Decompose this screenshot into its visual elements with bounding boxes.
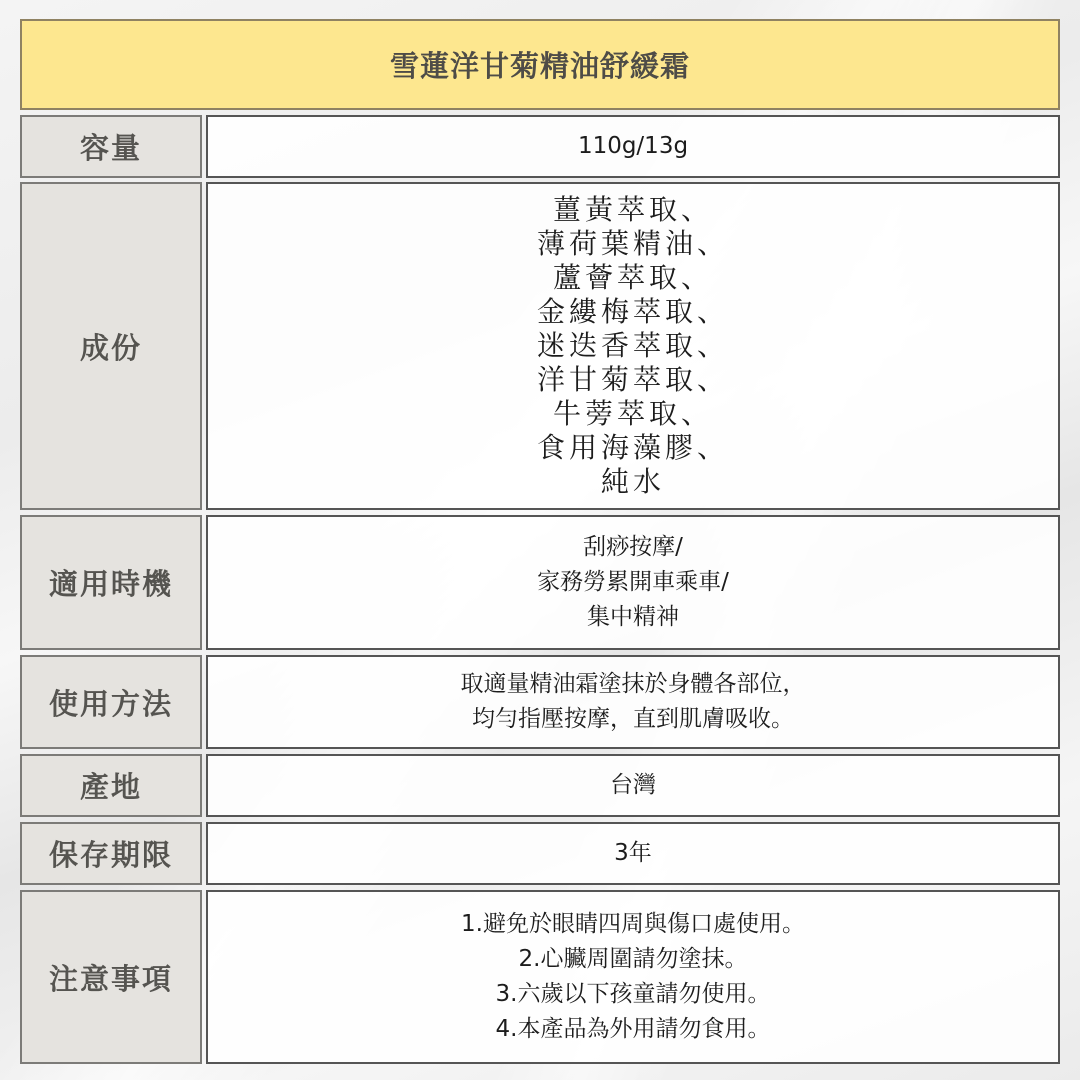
label-text: 使用方法: [49, 682, 173, 723]
precaution-item: 1.避免於眼睛四周與傷口處使用。: [461, 907, 805, 942]
value-line: 刮痧按摩/: [583, 530, 683, 565]
product-title: 雪蓮洋甘菊精油舒緩霜: [390, 44, 690, 85]
ingredient-item: 牛蒡萃取、: [553, 397, 713, 431]
value-usage-method: 取適量精油霜塗抹於身體各部位， 均勻指壓按摩，直到肌膚吸收。: [206, 655, 1060, 749]
label-usage-method: 使用方法: [20, 655, 202, 749]
value-line: 集中精神: [587, 600, 679, 635]
label-text: 適用時機: [49, 562, 173, 603]
ingredient-item: 金縷梅萃取、: [537, 295, 729, 329]
label-capacity: 容量: [20, 115, 202, 178]
label-shelf-life: 保存期限: [20, 822, 202, 885]
label-text: 產地: [80, 765, 142, 806]
ingredient-item: 薑黃萃取、: [553, 193, 713, 227]
value-line: 110g/13g: [578, 129, 688, 164]
value-line: 均勻指壓按摩，直到肌膚吸收。: [472, 702, 794, 737]
label-text: 注意事項: [49, 957, 173, 998]
ingredient-item: 蘆薈萃取、: [553, 261, 713, 295]
value-line: 台灣: [610, 768, 656, 803]
value-origin: 台灣: [206, 754, 1060, 817]
label-ingredients: 成份: [20, 182, 202, 510]
ingredient-item: 純水: [601, 465, 665, 499]
ingredient-item: 食用海藻膠、: [537, 431, 729, 465]
value-shelf-life: 3年: [206, 822, 1060, 885]
ingredient-item: 迷迭香萃取、: [537, 329, 729, 363]
precaution-item: 4.本產品為外用請勿食用。: [496, 1012, 771, 1047]
label-text: 保存期限: [49, 833, 173, 874]
label-origin: 產地: [20, 754, 202, 817]
label-usage-timing: 適用時機: [20, 515, 202, 650]
label-text: 成份: [80, 326, 142, 367]
value-usage-timing: 刮痧按摩/ 家務勞累開車乘車/ 集中精神: [206, 515, 1060, 650]
value-capacity: 110g/13g: [206, 115, 1060, 178]
label-text: 容量: [80, 126, 142, 167]
ingredient-item: 薄荷葉精油、: [537, 227, 729, 261]
value-line: 家務勞累開車乘車/: [537, 565, 729, 600]
value-line: 取適量精油霜塗抹於身體各部位，: [461, 667, 806, 702]
precaution-item: 2.心臟周圍請勿塗抹。: [519, 942, 748, 977]
precaution-item: 3.六歲以下孩童請勿使用。: [496, 977, 771, 1012]
label-precautions: 注意事項: [20, 890, 202, 1064]
product-title-header: 雪蓮洋甘菊精油舒緩霜: [20, 19, 1060, 110]
value-line: 3年: [614, 836, 652, 871]
value-precautions: 1.避免於眼睛四周與傷口處使用。 2.心臟周圍請勿塗抹。 3.六歲以下孩童請勿使…: [206, 890, 1060, 1064]
ingredient-item: 洋甘菊萃取、: [537, 363, 729, 397]
value-ingredients: 薑黃萃取、 薄荷葉精油、 蘆薈萃取、 金縷梅萃取、 迷迭香萃取、 洋甘菊萃取、 …: [206, 182, 1060, 510]
